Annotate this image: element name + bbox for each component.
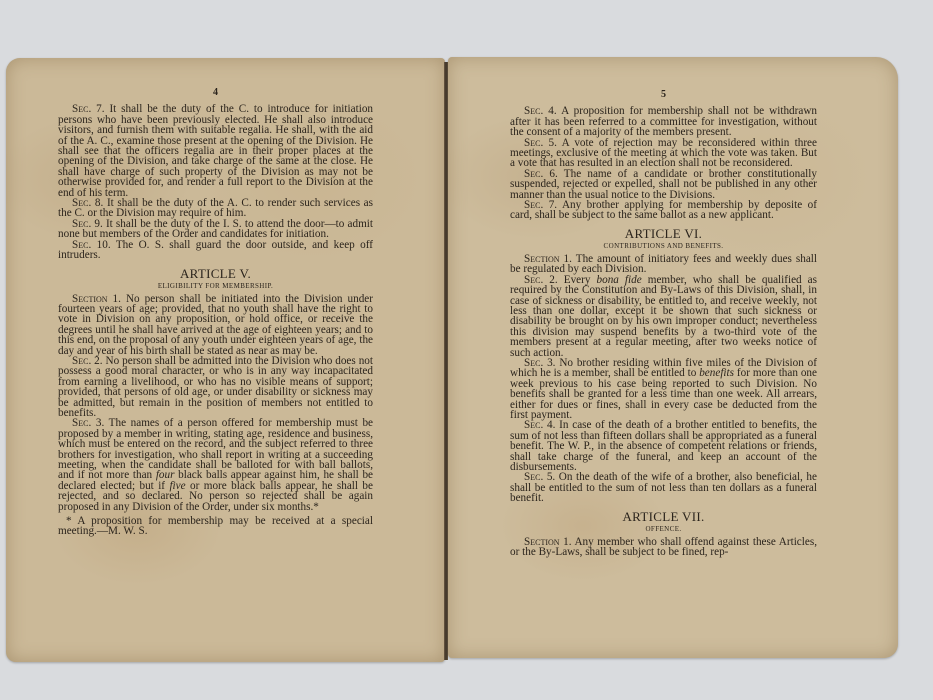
section-paragraph: Sec. 2. No person shall be admitted into… [58, 356, 373, 418]
section-paragraph: Sec. 10. The O. S. shall guard the door … [58, 240, 373, 261]
section-text: It shall be the duty of the I. S. to att… [58, 218, 373, 240]
page-number: 5 [510, 90, 817, 100]
section-paragraph: Sec. 4. A proposition for membership sha… [510, 106, 817, 137]
left-page-text: 4 Sec. 7. It shall be the duty of the C.… [58, 88, 373, 537]
section-paragraph: Sec. 5. A vote of rejection may be recon… [510, 138, 817, 169]
section-paragraph: Sec. 7. Any brother applying for members… [510, 200, 817, 221]
article-subheading: CONTRIBUTIONS AND BENEFITS. [510, 242, 817, 251]
right-page-text: 5 Sec. 4. A proposition for membership s… [510, 90, 817, 557]
section-paragraph: Sec. 4. In case of the death of a brothe… [510, 420, 817, 472]
article-subheading: ELIGIBILITY FOR MEMBERSHIP. [58, 282, 373, 291]
article-subheading: OFFENCE. [510, 525, 817, 534]
footnote: * A proposition for membership may be re… [58, 516, 373, 537]
section-text: On the death of the wife of a brother, a… [510, 471, 817, 504]
right-page: 5 Sec. 4. A proposition for membership s… [448, 57, 898, 658]
page-number: 4 [58, 88, 373, 98]
section-text: member, who shall be qualified as requir… [510, 274, 817, 359]
section-paragraph: Sec. 3. No brother residing within five … [510, 358, 817, 420]
section-text: No person shall be initiated into the Di… [58, 293, 373, 357]
section-paragraph: Sec. 3. The names of a person offered fo… [58, 418, 373, 512]
section-paragraph: Section 1. Any member who shall offend a… [510, 537, 817, 558]
article-heading: ARTICLE VI. [510, 227, 817, 240]
section-paragraph: Sec. 5. On the death of the wife of a br… [510, 472, 817, 503]
section-paragraph: Sec. 6. The name of a candidate or broth… [510, 169, 817, 200]
section-text: It shall be the duty of the A. C. to ren… [58, 197, 373, 219]
section-paragraph: Section 1. No person shall be initiated … [58, 294, 373, 356]
section-text: Any brother applying for membership by d… [510, 199, 817, 221]
section-text: A proposition for membership shall not b… [510, 105, 817, 138]
section-paragraph: Sec. 7. It shall be the duty of the C. t… [58, 104, 373, 198]
section-paragraph: Sec. 8. It shall be the duty of the A. C… [58, 198, 373, 219]
section-text: In case of the death of a brother entitl… [510, 419, 817, 473]
section-paragraph: Sec. 9. It shall be the duty of the I. S… [58, 219, 373, 240]
section-paragraph: Section 1. The amount of initiatory fees… [510, 254, 817, 275]
left-page: 4 Sec. 7. It shall be the duty of the C.… [6, 58, 445, 662]
section-text: No person shall be admitted into the Div… [58, 355, 373, 419]
section-text: It shall be the duty of the C. to introd… [58, 103, 373, 198]
section-text: A vote of rejection may be reconsidered … [510, 137, 817, 170]
section-paragraph: Sec. 2. Every bona fide member, who shal… [510, 275, 817, 358]
article-heading: ARTICLE V. [58, 267, 373, 280]
article-heading: ARTICLE VII. [510, 510, 817, 523]
